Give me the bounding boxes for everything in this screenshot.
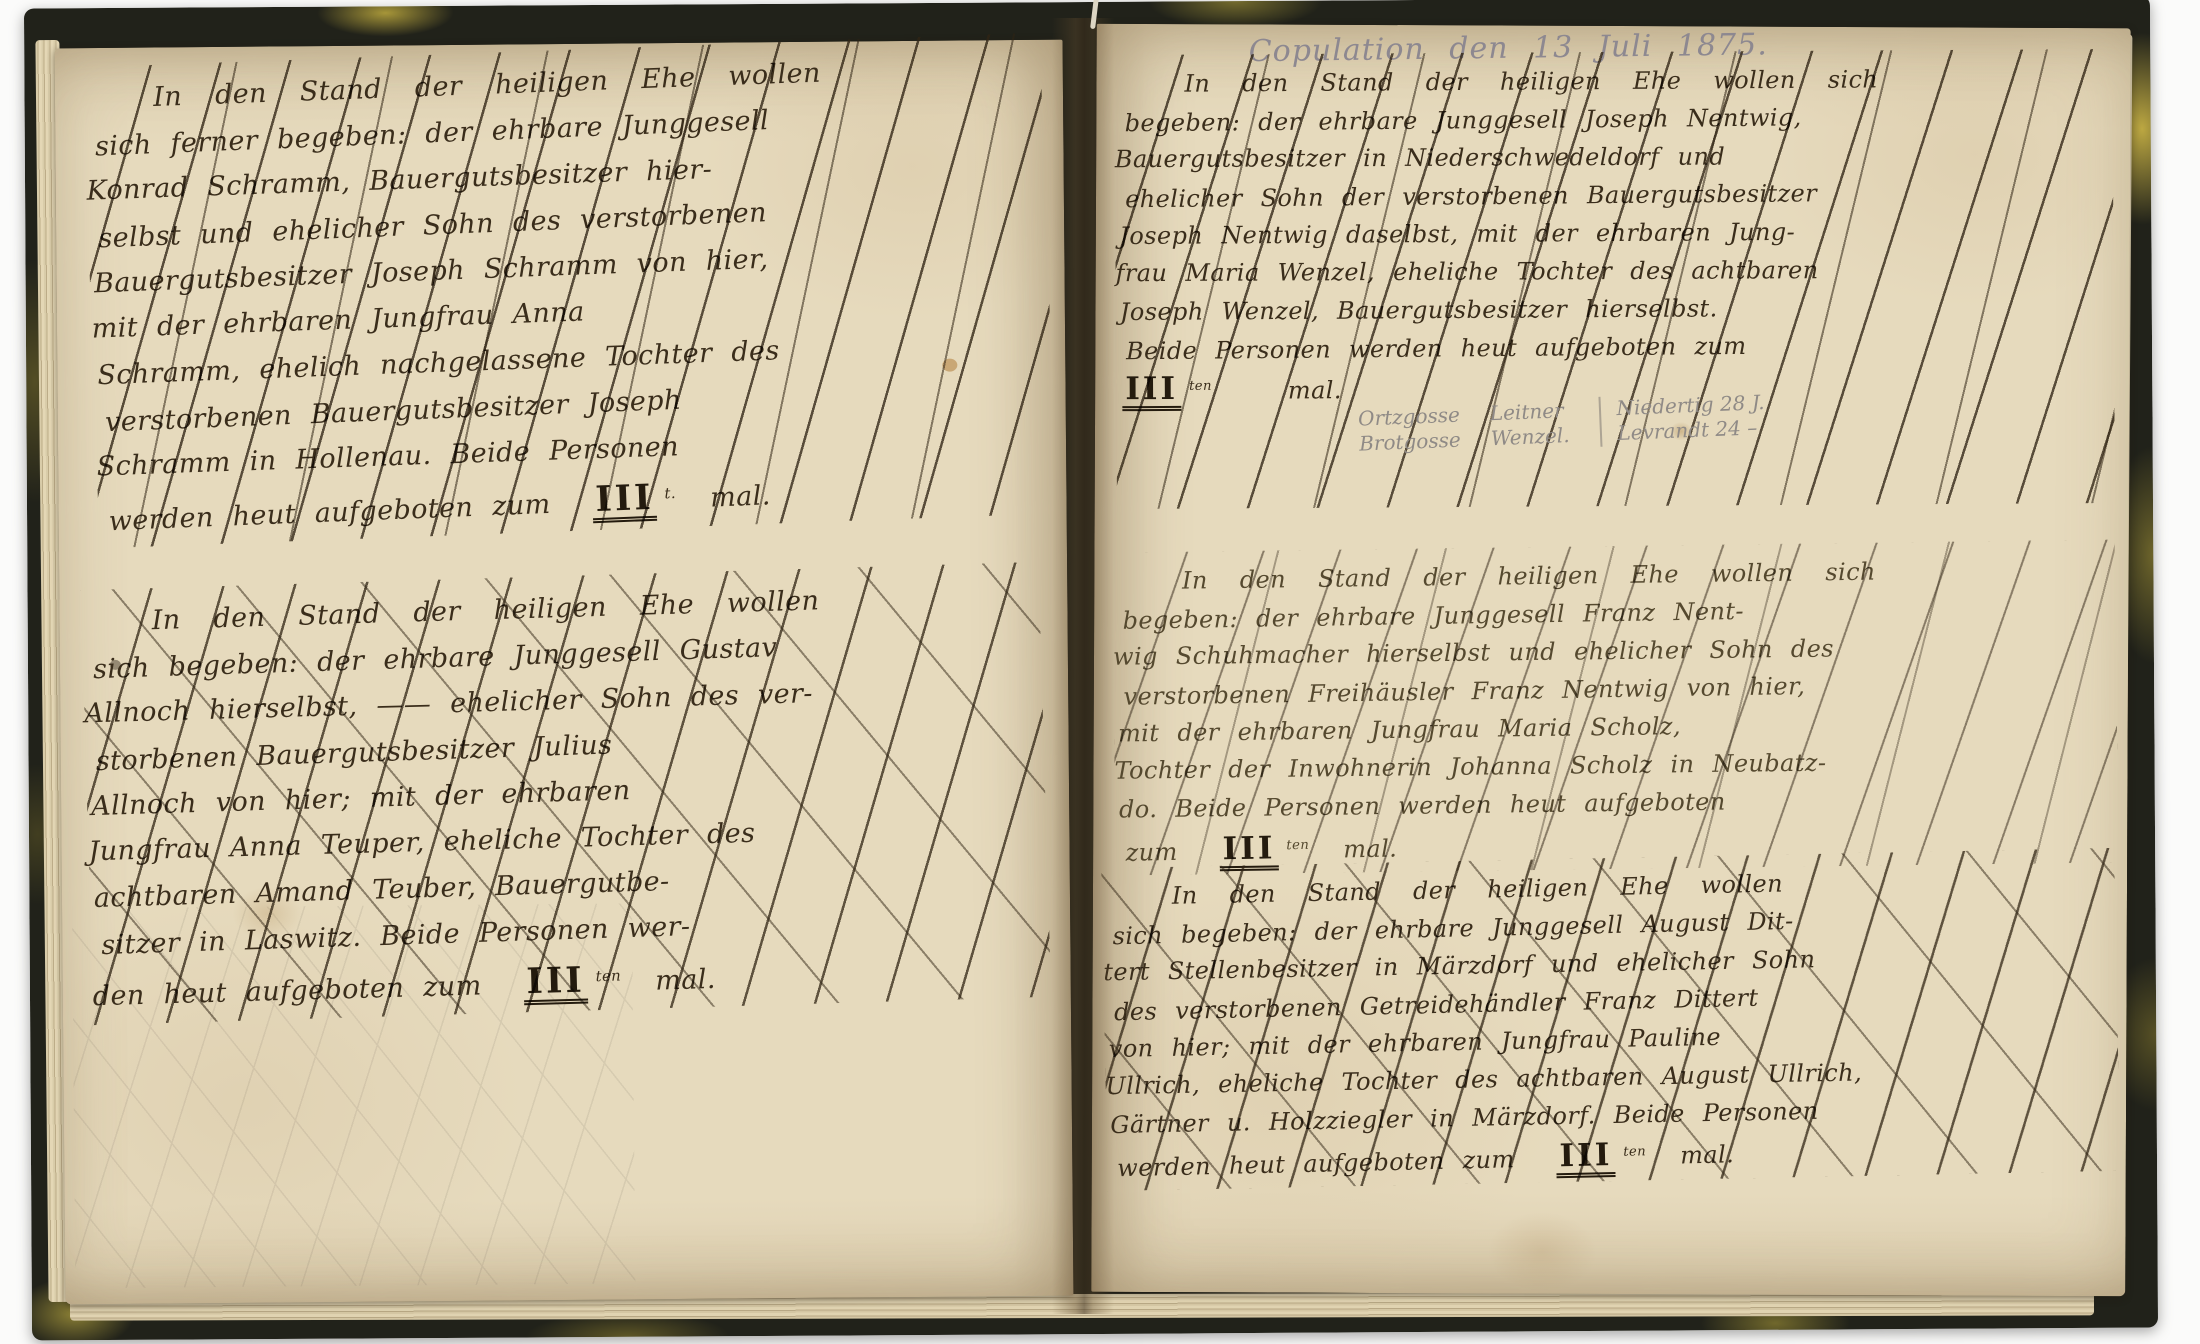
banns-mal-word: mal.	[1343, 834, 1397, 863]
banns-entry-dittert-ullrich: In den Stand der heiligen Ehe wollen sic…	[1105, 858, 2116, 1187]
pencil-note-column: Leitner Wenzel.	[1489, 398, 1570, 451]
pencil-note: Wenzel.	[1490, 423, 1570, 451]
handwritten-line: Joseph Nentwig daselbst, mit der ehrbare…	[1119, 211, 2109, 255]
handwritten-line: Beide Personen werden heut aufgeboten zu…	[1126, 324, 2116, 371]
banns-entry-nentwig-scholz: In den Stand der heiligen Ehe wollen sic…	[1116, 550, 2115, 872]
banns-roman-numeral: III	[1219, 833, 1278, 871]
banns-mal-word: mal.	[1288, 376, 1342, 404]
banns-line-text: zum	[1125, 838, 1177, 867]
handwritten-line: begeben: der ehrbare Junggesell Joseph N…	[1125, 96, 2115, 143]
banns-mal-word: mal.	[1680, 1140, 1735, 1169]
banns-numeral-suffix: t.	[664, 484, 676, 502]
banns-roman-numeral: III	[523, 962, 588, 1005]
banns-numeral-suffix: ten	[1623, 1144, 1646, 1160]
banns-entry-schramm: In den Stand der heiligen Ehe wollen sic…	[86, 43, 1052, 544]
entry-text: In den Stand der heiligen Ehe wollen sic…	[85, 572, 1047, 1021]
banns-roman-numeral: III	[592, 480, 658, 524]
handwritten-line: frau Maria Wenzel, eheliche Tochter des …	[1116, 250, 2106, 292]
pencil-note: Levrandt 24 –	[1617, 415, 1766, 446]
pencil-note-column: Ortzgosse Brotgosse	[1358, 403, 1462, 457]
banns-numeral-suffix: ten	[595, 967, 621, 986]
banns-roman-numeral: III	[1556, 1140, 1616, 1179]
entry-text: In den Stand der heiligen Ehe wollen sic…	[1118, 59, 2110, 412]
pencil-note: Leitner	[1489, 398, 1569, 426]
banns-numeral-suffix: ten	[1286, 838, 1309, 853]
banns-numeral-suffix: ten	[1189, 379, 1212, 394]
banns-mal-word: mal.	[710, 480, 772, 513]
register-book-photo: In den Stand der heiligen Ehe wollen sic…	[0, 0, 2200, 1344]
banns-line-text: den heut aufgeboten zum	[92, 970, 482, 1012]
handwritten-line: Bauergutsbesitzer in Niederschwedeldorf …	[1115, 136, 2105, 178]
pencil-note-column: Niedertig 28 J. Levrandt 24 –	[1598, 390, 1766, 447]
entry-text: In den Stand der heiligen Ehe wollen sic…	[1105, 858, 2116, 1187]
banns-line-text: werden heut aufgeboten zum	[1117, 1145, 1515, 1182]
banns-entry-allnoch: In den Stand der heiligen Ehe wollen sic…	[85, 572, 1047, 1021]
right-page: Copulation den 13 Juli 1875. In den Stan…	[1091, 24, 2131, 1296]
banns-mal-word: mal.	[655, 964, 716, 997]
banns-roman-numeral: III	[1122, 374, 1181, 411]
left-page: In den Stand der heiligen Ehe wollen sic…	[55, 40, 1074, 1305]
entry-text: In den Stand der heiligen Ehe wollen sic…	[1116, 550, 2115, 872]
entry-text: In den Stand der heiligen Ehe wollen sic…	[86, 43, 1052, 544]
pencil-note: Brotgosse	[1359, 428, 1462, 457]
banns-entry-nentwig-wenzel: In den Stand der heiligen Ehe wollen sic…	[1118, 59, 2111, 505]
page-stain	[1487, 1211, 1597, 1291]
banns-line-text: werden heut aufgeboten zum	[108, 489, 551, 537]
